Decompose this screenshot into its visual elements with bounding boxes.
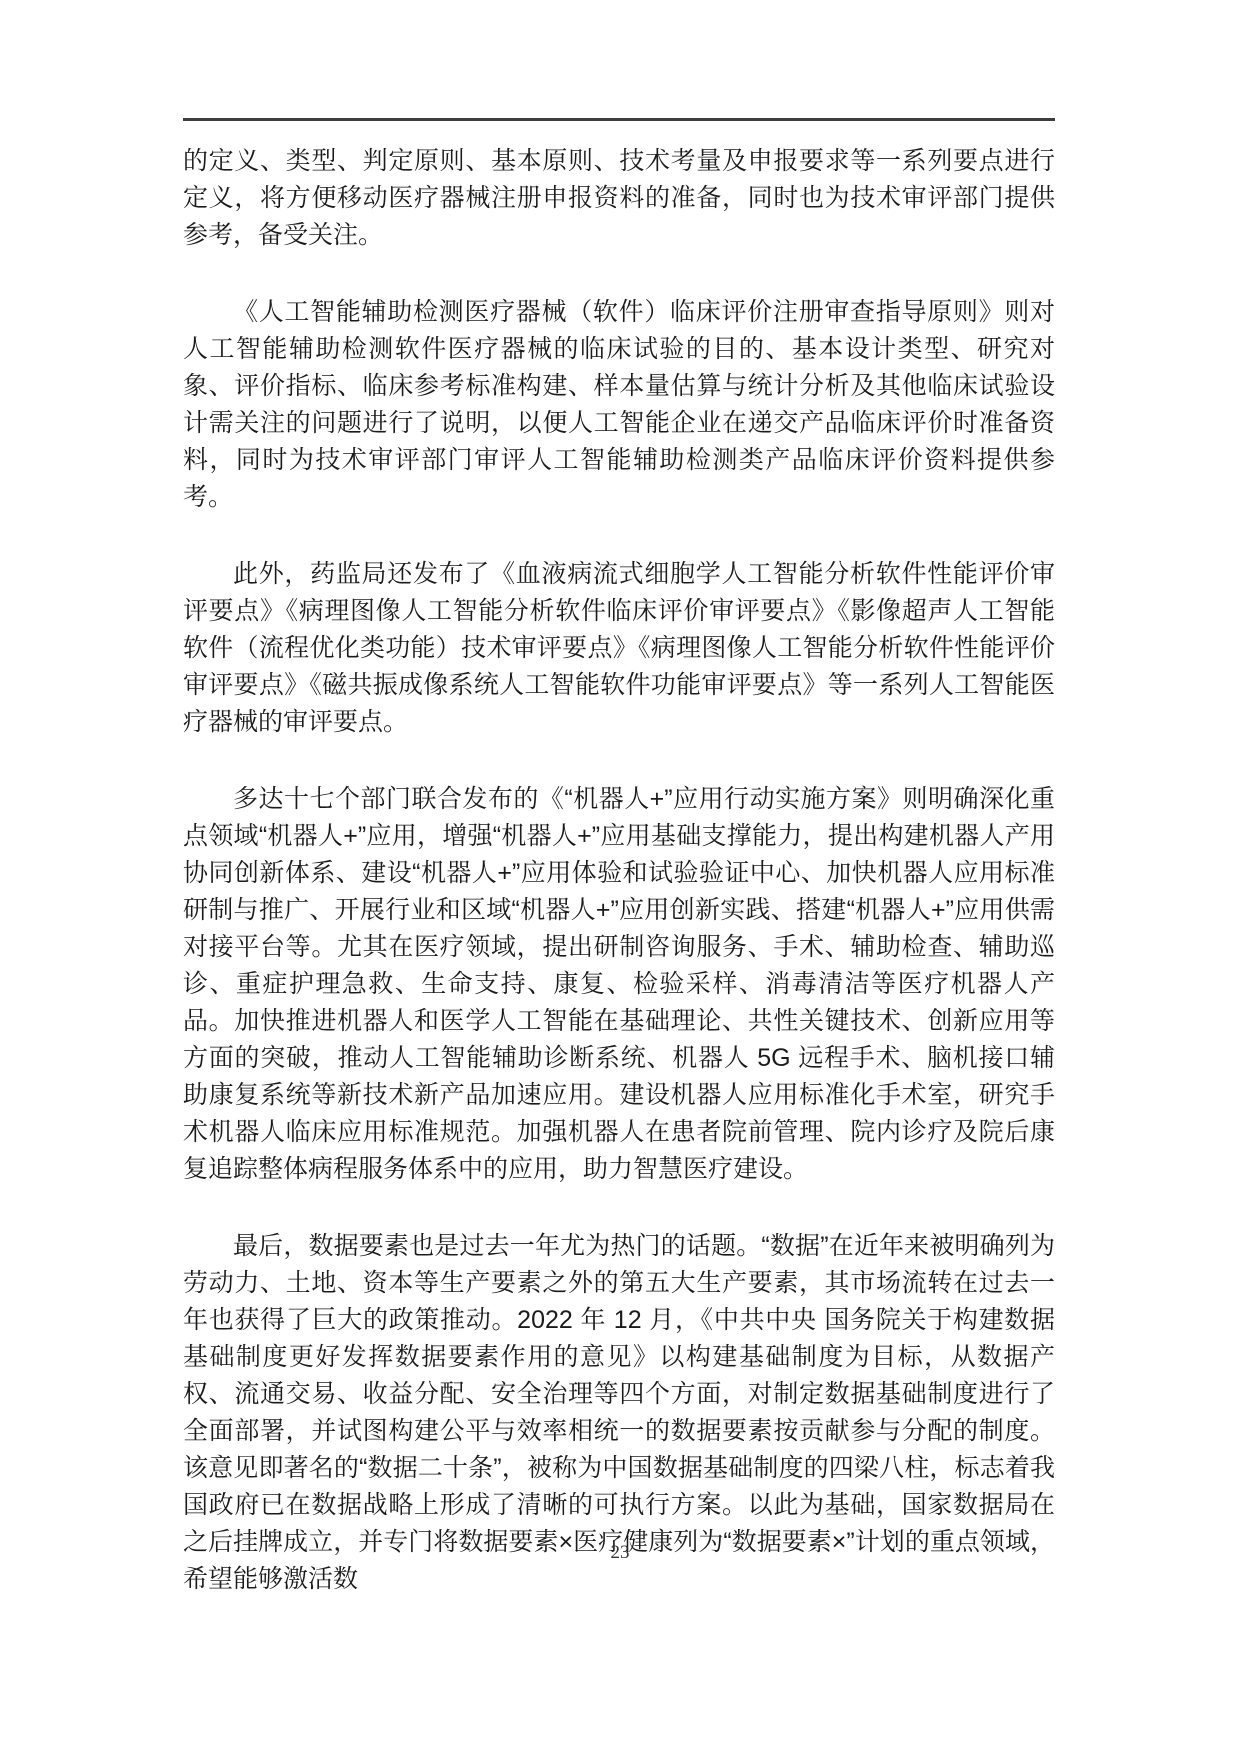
page-footer: 23	[0, 1541, 1240, 1565]
page-number: 23	[611, 1542, 630, 1563]
paragraph-ai-assisted-detection-guideline: 《人工智能辅助检测医疗器械（软件）临床评价注册审查指导原则》则对人工智能辅助检测…	[183, 294, 1055, 516]
page-body: 的定义、类型、判定原则、基本原则、技术考量及申报要求等一系列要点进行定义，将方便…	[183, 143, 1055, 1638]
header-rule	[183, 118, 1055, 121]
paragraph-definitions-continued: 的定义、类型、判定原则、基本原则、技术考量及申报要求等一系列要点进行定义，将方便…	[183, 143, 1055, 254]
paragraph-robot-plus-action-plan: 多达十七个部门联合发布的《“机器人+”应用行动实施方案》则明确深化重点领域“机器…	[183, 781, 1055, 1188]
paragraph-nmpa-review-points: 此外，药监局还发布了《血液病流式细胞学人工智能分析软件性能评价审评要点》《病理图…	[183, 556, 1055, 741]
document-page: 的定义、类型、判定原则、基本原则、技术考量及申报要求等一系列要点进行定义，将方便…	[0, 0, 1240, 1754]
